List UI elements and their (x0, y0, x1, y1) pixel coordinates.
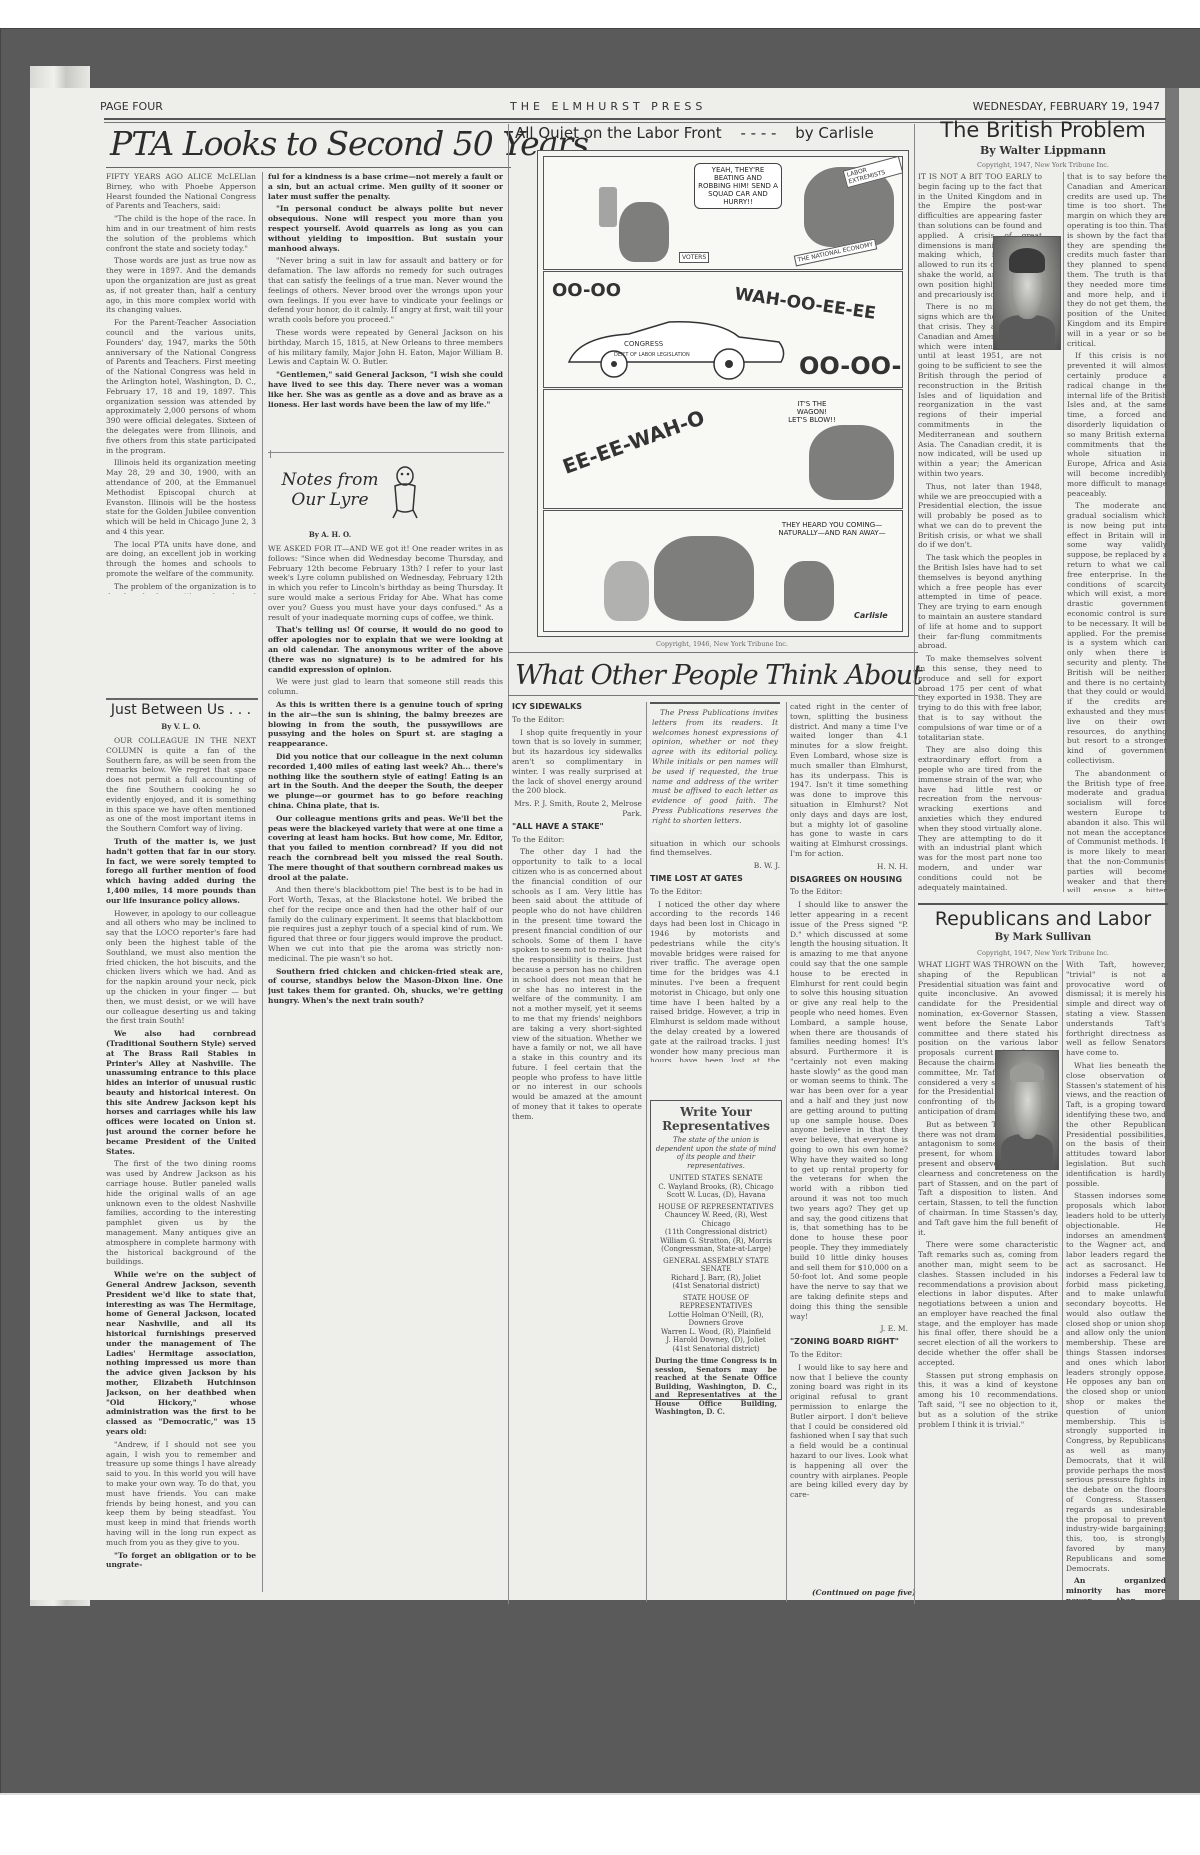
column-paragraph: Truth of the matter is, we just hadn't g… (106, 837, 256, 906)
letters-column-3: cated right in the center of town, split… (790, 702, 908, 1582)
just-between-headline: Just Between Us . . . (106, 702, 256, 718)
pta-paragraph: "The child is the hope of the race. In h… (106, 214, 256, 253)
column-paragraph: And then there's blackbottom pie! The be… (268, 885, 503, 963)
column-paragraph: That's telling us! Of course, it would d… (268, 625, 503, 674)
letter-salutation: To the Editor: (650, 887, 780, 897)
column-paragraph: These words were repeated by General Jac… (268, 328, 503, 367)
rep-entry: Scott W. Lucas, (D), Havana (655, 1191, 777, 1200)
lyre-headline-line1: Notes from (280, 470, 380, 490)
lyre-headline-line2: Our Lyre (280, 490, 380, 510)
pta-paragraph: Those words are just as true now as they… (106, 256, 256, 315)
lyre-article: WE ASKED FOR IT—AND WE got it! One reade… (268, 544, 503, 1604)
republicans-column-2: With Taft, however, "trivial" is not a p… (1066, 960, 1166, 1600)
letter-signature: J. E. M. (790, 1324, 908, 1334)
letter-body: I should like to answer the letter appea… (790, 900, 908, 1321)
column-paragraph: ful for a kindness is a base crime—not m… (268, 172, 503, 201)
letter-title: ICY SIDEWALKS (512, 702, 642, 712)
column-paragraph: The task which the peoples in the Britis… (918, 553, 1042, 651)
siren-sound-3: OO-OO-! (799, 352, 903, 380)
letter-title: "ALL HAVE A STAKE" (512, 822, 642, 832)
cartoon-panel-1: YEAH, THEY'RE BEATING AND ROBBING HIM! S… (543, 156, 903, 270)
squad-car-icon (559, 312, 789, 382)
voter-figure (784, 561, 834, 621)
column-paragraph: As this is written there is a genuine to… (268, 700, 503, 749)
lyre-mascot-icon (385, 462, 425, 520)
write-representatives-box: Write Your Representatives The state of … (650, 1100, 782, 1400)
adjacent-page-edge (1165, 88, 1200, 1600)
victim-figure (619, 202, 669, 262)
pta-headline-rule (106, 167, 511, 168)
column-paragraph: Southern fried chicken and chicken-fried… (268, 967, 503, 1006)
british-headline: The British Problem (918, 118, 1168, 142)
box-intro: The state of the union is dependent upon… (655, 1136, 777, 1170)
column-paragraph: What lies beneath the close observation … (1066, 1061, 1166, 1188)
letters-headline: What Other People Think About (515, 660, 915, 691)
section-divider (106, 698, 258, 700)
column-rule (786, 702, 787, 1602)
pta-paragraph: The problem of the organization is to de… (106, 582, 256, 594)
column-paragraph: However, in apology to our colleague and… (106, 909, 256, 1027)
column-paragraph: "Andrew, if I should not see you again, … (106, 1440, 256, 1548)
police-figure (654, 536, 754, 621)
speech-bubble: THEY HEARD YOU COMING—NATURALLY—AND RAN … (774, 519, 890, 539)
letter-salutation: To the Editor: (790, 1350, 908, 1360)
rep-entry: Warren L. Wood, (R), Plainfield (655, 1328, 777, 1337)
column-paragraph: OUR COLLEAGUE IN THE NEXT COLUMN is quit… (106, 736, 256, 834)
column-paragraph: Stassen put strong emphasis on this, it … (918, 1371, 1058, 1430)
rep-entry: Lottie Holman O'Neill, (R), Downers Grov… (655, 1311, 777, 1328)
fleeing-extremists-figure (809, 425, 894, 500)
section-divider (268, 452, 504, 453)
speech-bubble: YEAH, THEY'RE BEATING AND ROBBING HIM! S… (694, 163, 782, 209)
car-label-congress: CONGRESS (624, 340, 663, 348)
column-paragraph: To make themselves solvent in this sense… (918, 654, 1042, 742)
notice-text: The Press Publications invites letters f… (652, 708, 778, 826)
cartoon-credit: by Carlisle (795, 124, 874, 142)
column-rule (1063, 172, 1064, 892)
cartoon-panel-4: THEY HEARD YOU COMING—NATURALLY—AND RAN … (543, 510, 903, 632)
editorial-cartoon: YEAH, THEY'RE BEATING AND ROBBING HIM! S… (537, 150, 909, 637)
letters-policy-notice: The Press Publications invites letters f… (650, 702, 780, 833)
just-between-byline: By V. L. O. (106, 722, 256, 731)
column-rule (914, 124, 915, 1604)
column-rule (508, 124, 509, 1604)
letter-body: cated right in the center of town, split… (790, 702, 908, 859)
letter-title: "ZONING BOARD RIGHT" (790, 1337, 908, 1347)
siren-sound-4: EE-EE-WAH-O (559, 405, 707, 479)
mailbox-figure (599, 187, 617, 227)
column-paragraph: Stassen indorses some proposals which la… (1066, 1191, 1166, 1573)
column-paragraph: If this crisis is not prevented it will … (1067, 351, 1167, 498)
column-paragraph: There were some characteristic Taft rema… (918, 1240, 1058, 1367)
column-paragraph: Thus, not later than 1948, while we are … (918, 482, 1042, 551)
column-paragraph: With Taft, however, "trivial" is not a p… (1066, 960, 1166, 1058)
letter-body: situation in which our schools find them… (650, 839, 780, 859)
cartoon-dashes: - - - - (740, 124, 776, 142)
letter-signature: Mrs. P. J. Smith, Route 2, Melrose Park. (512, 799, 642, 819)
letter-body: I would like to say here and now that I … (790, 1363, 908, 1500)
letter-signature: H. N. H. (790, 862, 908, 872)
rep-entry: (41st Senatorial district) (655, 1345, 777, 1354)
rep-entry: Richard J. Barr, (R), Joliet (655, 1274, 777, 1283)
issue-date: WEDNESDAY, FEBRUARY 19, 1947 (973, 100, 1160, 113)
letter-salutation: To the Editor: (512, 835, 642, 845)
column-rule (646, 702, 647, 1602)
masthead: PAGE FOUR THE ELMHURST PRESS WEDNESDAY, … (100, 100, 1160, 118)
rep-entry: (11th Congressional district) (655, 1228, 777, 1237)
letter-title: DISAGREES ON HOUSING (790, 875, 908, 885)
british-copyright: Copyright, 1947, New York Tribune Inc. (918, 161, 1168, 169)
column-paragraph: The moderate and gradual socialism which… (1067, 501, 1167, 766)
letter-title: TIME LOST AT GATES (650, 874, 780, 884)
column-paragraph: We also had cornbread (Traditional South… (106, 1029, 256, 1156)
rep-entry: Chauncey W. Reed, (R), West Chicago (655, 1211, 777, 1228)
rep-entry: William G. Stratton, (R), Morris (655, 1237, 777, 1246)
pta-headline: PTA Looks to Second 50 Years (110, 124, 505, 163)
jackson-continuation: ful for a kindness is a base crime—not m… (268, 172, 503, 442)
column-paragraph: The abandonment of the British type of f… (1067, 769, 1167, 892)
page-label: PAGE FOUR (100, 100, 163, 113)
just-between-article: OUR COLLEAGUE IN THE NEXT COLUMN is quit… (106, 736, 256, 1610)
pta-paragraph: Illinois held its organization meeting M… (106, 458, 256, 536)
cartoon-title: All Quiet on the Labor Front (515, 124, 722, 142)
column-paragraph: "In personal conduct be always polite bu… (268, 204, 503, 253)
cartoon-copyright: Copyright, 1946, New York Tribune Inc. (537, 640, 907, 648)
column-paragraph: They are also doing this extraordinary e… (918, 745, 1042, 892)
house-heading: HOUSE OF REPRESENTATIVES (655, 1203, 777, 1212)
column-paragraph: "Never bring a suit in law for assault a… (268, 256, 503, 325)
victim-figure (604, 561, 649, 621)
column-paragraph: "Gentlemen," said General Jackson, "I wi… (268, 370, 503, 409)
paper-name: THE ELMHURST PRESS (510, 100, 706, 113)
box-title-line2: Representatives (655, 1119, 777, 1133)
cartoon-headline: All Quiet on the Labor Front - - - - by … (515, 124, 910, 142)
walter-lippmann-photo (993, 236, 1061, 350)
cartoonist-signature: Carlisle (854, 611, 888, 620)
box-footer: During the time Congress is in session, … (655, 1357, 777, 1417)
box-title-line1: Write Your (655, 1105, 777, 1119)
bottom-margin (0, 1793, 1200, 1827)
senate-heading: UNITED STATES SENATE (655, 1174, 777, 1183)
rep-entry: (Congressman, State-at-Large) (655, 1245, 777, 1254)
column-paragraph: Our colleague mentions grits and peas. W… (268, 814, 503, 883)
british-byline: By Walter Lippmann (918, 144, 1168, 157)
letter-salutation: To the Editor: (512, 715, 642, 725)
column-rule (262, 172, 263, 1592)
cartoon-panel-3: EE-EE-WAH-O IT'S THE WAGON! LET'S BLOW!! (543, 389, 903, 509)
column-paragraph: We were just glad to learn that someone … (268, 677, 503, 697)
senator-taft-photo (995, 1050, 1059, 1170)
letter-body: I shop quite frequently in your town tha… (512, 728, 642, 797)
pta-paragraph: The local PTA units have done, and are d… (106, 540, 256, 579)
letter-salutation: To the Editor: (790, 887, 908, 897)
republicans-headline: Republicans and Labor (918, 908, 1168, 930)
pta-paragraph: FIFTY YEARS AGO ALICE McLELlan Birney, w… (106, 172, 256, 211)
column-rule (1062, 960, 1063, 1600)
republicans-byline: By Mark Sullivan (918, 932, 1168, 943)
republicans-copyright: Copyright, 1947, New York Tribune Inc. (918, 949, 1168, 957)
letter-signature: B. W. J. (650, 861, 780, 871)
rep-entry: J. Harold Downey, (D), Joliet (655, 1336, 777, 1345)
column-paragraph: "To forget an obligation or to be ungrat… (106, 1551, 256, 1571)
column-paragraph: that is to say before the Canadian and A… (1067, 172, 1167, 348)
lyre-headline: Notes from Our Lyre (280, 470, 380, 510)
voters-tag: VOTERS (679, 252, 709, 263)
lyre-byline: By A. H. O. (280, 530, 380, 539)
speech-bubble: IT'S THE WAGON! LET'S BLOW!! (784, 398, 840, 426)
state-house-heading: STATE HOUSE OF REPRESENTATIVES (655, 1294, 777, 1311)
letters-column-2: The Press Publications invites letters f… (650, 702, 780, 1062)
column-paragraph: The first of the two dining rooms was us… (106, 1159, 256, 1267)
column-paragraph: Did you notice that our colleague in the… (268, 752, 503, 811)
section-divider (918, 903, 1168, 905)
letters-column-1: ICY SIDEWALKS To the Editor: I shop quit… (512, 702, 642, 1602)
rep-entry: C. Wayland Brooks, (R), Chicago (655, 1183, 777, 1192)
pta-paragraph: For the Parent-Teacher Association counc… (106, 318, 256, 455)
car-label-dept: DEP'T OF LABOR LEGISLATION (614, 352, 690, 358)
cartoon-panel-2: OO-OO WAH-OO-EE-EE CONGRESS DEP'T OF LAB… (543, 271, 903, 388)
state-senate-heading: GENERAL ASSEMBLY STATE SENATE (655, 1257, 777, 1274)
continued-notice: (Continued on page five) (812, 1588, 916, 1597)
letter-body: I noticed the other day where according … (650, 900, 780, 1062)
column-paragraph: An organized minority has more power tha… (1066, 1576, 1166, 1600)
column-paragraph: WE ASKED FOR IT—AND WE got it! One reade… (268, 544, 503, 622)
letter-body: The other day I had the opportunity to t… (512, 847, 642, 1121)
rep-entry: (41st Senatorial district) (655, 1282, 777, 1291)
column-paragraph: While we're on the subject of General An… (106, 1270, 256, 1437)
pta-article: FIFTY YEARS AGO ALICE McLELlan Birney, w… (106, 172, 256, 594)
siren-sound-1: OO-OO (552, 280, 621, 301)
british-column-2: that is to say before the Canadian and A… (1067, 172, 1167, 892)
